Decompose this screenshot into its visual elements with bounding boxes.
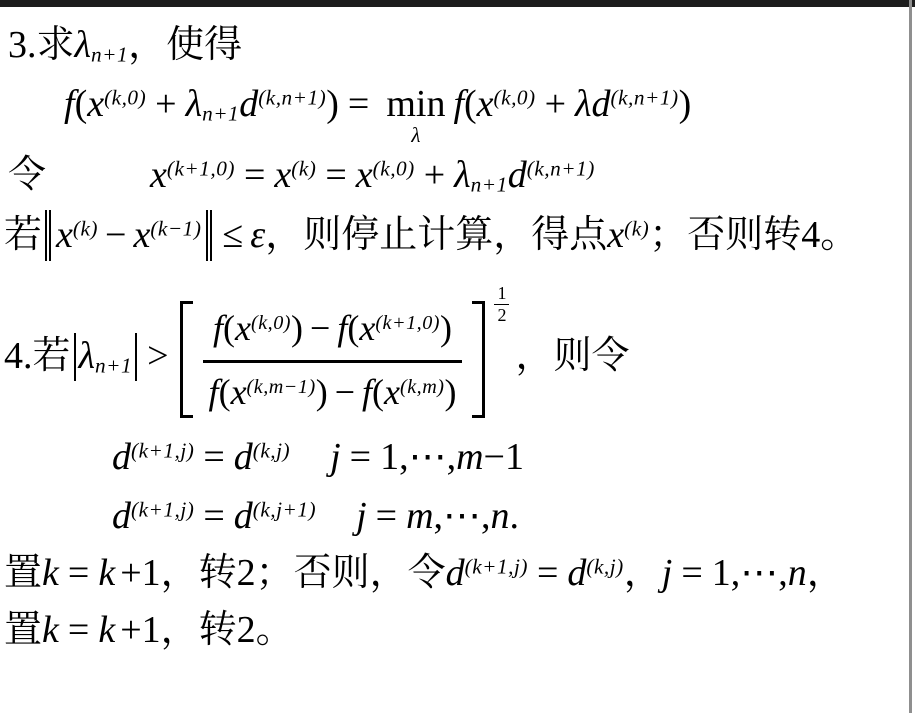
- var-k: k: [42, 552, 59, 594]
- min-operator: minλ: [386, 85, 445, 146]
- comma-zh: ，: [624, 552, 662, 594]
- text-zh: 令: [8, 154, 46, 196]
- var-lambda: λ: [454, 154, 470, 196]
- var-d: d: [234, 495, 253, 537]
- var-lambda: λ: [75, 24, 91, 66]
- var-x: x: [356, 154, 373, 196]
- text-zh: ；否则转4。: [649, 214, 858, 256]
- paren-close: ): [444, 372, 456, 412]
- superscript: (k): [624, 216, 649, 240]
- var-x: x: [150, 154, 167, 196]
- var-epsilon: ε: [250, 214, 265, 256]
- op-equals: =: [59, 609, 98, 651]
- exponent-denominator: 2: [497, 305, 506, 326]
- var-k: k: [98, 609, 115, 651]
- op-greater: >: [140, 335, 175, 377]
- var-x: x: [56, 214, 73, 256]
- var-n: n: [788, 552, 807, 594]
- paren-open: (: [372, 372, 384, 412]
- paren-close: ): [679, 83, 692, 125]
- subscript: n+1: [202, 102, 239, 126]
- superscript: (k,m−1): [247, 376, 316, 398]
- var-f: f: [453, 83, 464, 125]
- op-equals: =: [316, 154, 355, 196]
- exponent-numerator: 1: [494, 283, 509, 305]
- text-zh: 置: [4, 552, 42, 594]
- index-sequence: 1,⋯,: [712, 552, 788, 594]
- var-m: m: [406, 495, 433, 537]
- step4-condition-line: 4.若λn+1>f(x(k,0))−f(x(k+1,0))f(x(k,m−1))…: [4, 301, 912, 418]
- text-zh: ，转2。: [161, 609, 294, 651]
- var-f: f: [337, 308, 347, 348]
- op-equals: =: [339, 83, 378, 125]
- index-sequence: 1,⋯,: [380, 436, 456, 478]
- superscript: (k,0): [104, 86, 146, 110]
- plus-one: +1: [115, 552, 160, 594]
- text-zh: ，转2；否则，令: [161, 552, 446, 594]
- superscript: (k,0): [494, 86, 536, 110]
- subscript: n+1: [95, 353, 132, 377]
- direction-shift-line: d(k+1,j)=d(k,j+1)j=m,⋯,n.: [112, 491, 912, 542]
- text-zh: ，则停止计算，得点: [265, 214, 607, 256]
- op-equals: =: [672, 552, 711, 594]
- var-f: f: [209, 372, 219, 412]
- text-zh: 4.若: [4, 335, 71, 377]
- var-d: d: [234, 436, 253, 478]
- direction-keep-line: d(k+1,j)=d(k,j)j=1,⋯,m−1: [112, 432, 912, 483]
- paren-close: ): [316, 372, 328, 412]
- var-lambda: λ: [186, 83, 202, 125]
- var-k: k: [42, 609, 59, 651]
- subscript: n+1: [91, 42, 128, 66]
- increment-goto-line: 置k=k+1，转2。: [4, 605, 912, 656]
- top-border: [0, 0, 915, 7]
- op-equals: =: [528, 552, 567, 594]
- op-plus: +: [536, 83, 575, 125]
- superscript: (k,j): [586, 554, 623, 578]
- min-subscript: λ: [411, 125, 420, 146]
- op-equals: =: [235, 154, 274, 196]
- paren-close: ): [440, 308, 452, 348]
- var-lambda: λ: [575, 83, 591, 125]
- op-equals: =: [367, 495, 406, 537]
- op-minus: −: [328, 372, 362, 412]
- step3-heading-line: 3.求λn+1，使得: [8, 20, 912, 71]
- op-minus: −: [98, 214, 133, 256]
- var-x: x: [359, 308, 375, 348]
- superscript: (k): [291, 157, 316, 181]
- bracketed-fraction: f(x(k,0))−f(x(k+1,0))f(x(k,m−1))−f(x(k,m…: [180, 301, 486, 418]
- var-j: j: [330, 436, 341, 478]
- stopping-criterion-line: 若x(k)−x(k−1)≤ε，则停止计算，得点x(k)；否则转4。: [4, 210, 912, 262]
- paren-open: (: [464, 83, 477, 125]
- var-d: d: [592, 83, 611, 125]
- var-d: d: [567, 552, 586, 594]
- var-d: d: [239, 83, 258, 125]
- var-x: x: [87, 83, 104, 125]
- var-x: x: [235, 308, 251, 348]
- exponent-half: 12: [494, 283, 509, 325]
- var-n: n: [491, 495, 510, 537]
- paren-open: (: [219, 372, 231, 412]
- paren-open: (: [223, 308, 235, 348]
- norm-group: x(k)−x(k−1): [45, 210, 212, 262]
- var-f: f: [213, 308, 223, 348]
- document-page: 3.求λn+1，使得 f(x(k,0)+λn+1d(k,n+1))=minλf(…: [0, 0, 915, 713]
- var-x: x: [274, 154, 291, 196]
- paren-close: ): [326, 83, 339, 125]
- superscript: (k+1,j): [131, 438, 194, 462]
- superscript: (k+1,j): [465, 554, 528, 578]
- subscript: n+1: [471, 172, 508, 196]
- superscript: (k,0): [251, 312, 291, 334]
- superscript: (k,n+1): [611, 86, 679, 110]
- period: .: [510, 495, 520, 537]
- op-leq: ≤: [215, 214, 250, 256]
- comma-zh: ，: [807, 552, 845, 594]
- superscript: (k+1,j): [131, 497, 194, 521]
- var-f: f: [64, 83, 75, 125]
- text-zh: 3.求: [8, 24, 75, 66]
- var-x: x: [384, 372, 400, 412]
- var-f: f: [362, 372, 372, 412]
- abs-group: λn+1: [74, 333, 138, 381]
- argmin-equation-line: f(x(k,0)+λn+1d(k,n+1))=minλf(x(k,0)+λd(k…: [64, 79, 912, 146]
- min-word: min: [386, 85, 445, 123]
- var-lambda: λ: [79, 335, 95, 377]
- denominator: f(x(k,m−1))−f(x(k,m)): [199, 363, 467, 418]
- paren-open: (: [347, 308, 359, 348]
- var-j: j: [662, 552, 673, 594]
- op-minus: −: [303, 308, 337, 348]
- numerator: f(x(k,0))−f(x(k+1,0)): [203, 301, 462, 363]
- index-sequence: ,⋯,: [434, 495, 491, 537]
- superscript: (k,j): [253, 438, 290, 462]
- var-m: m: [456, 436, 483, 478]
- superscript: (k,j+1): [253, 497, 316, 521]
- var-d: d: [446, 552, 465, 594]
- var-x: x: [133, 214, 150, 256]
- op-equals: =: [194, 495, 233, 537]
- bracket-left: [180, 301, 193, 418]
- text-zh: 若: [4, 214, 42, 256]
- op-plus: +: [415, 154, 454, 196]
- superscript: (k,n+1): [527, 157, 595, 181]
- op-equals: =: [194, 436, 233, 478]
- var-d: d: [112, 436, 131, 478]
- superscript: (k,m): [400, 376, 444, 398]
- op-equals: =: [341, 436, 380, 478]
- var-x: x: [477, 83, 494, 125]
- page-content: 3.求λn+1，使得 f(x(k,0)+λn+1d(k,n+1))=minλf(…: [0, 7, 912, 657]
- bracket-right: [472, 301, 485, 418]
- superscript: (k−1): [150, 216, 201, 240]
- var-d: d: [508, 154, 527, 196]
- var-x: x: [607, 214, 624, 256]
- text-zh: ，使得: [128, 24, 242, 66]
- var-j: j: [356, 495, 367, 537]
- superscript: (k,n+1): [258, 86, 326, 110]
- op-plus: +: [146, 83, 185, 125]
- superscript: (k+1,0): [167, 157, 235, 181]
- text-zh: 置: [4, 609, 42, 651]
- superscript: (k,0): [373, 157, 415, 181]
- superscript: (k+1,0): [375, 312, 440, 334]
- plus-one: +1: [115, 609, 160, 651]
- var-d: d: [112, 495, 131, 537]
- paren-open: (: [75, 83, 88, 125]
- text-zh: ，则令: [515, 335, 629, 377]
- var-k: k: [98, 552, 115, 594]
- paren-close: ): [291, 308, 303, 348]
- fraction: f(x(k,0))−f(x(k+1,0))f(x(k,m−1))−f(x(k,m…: [199, 301, 467, 418]
- minus-one: −1: [484, 436, 524, 478]
- increment-else-line: 置k=k+1，转2；否则，令d(k+1,j)=d(k,j)，j=1,⋯,n，: [4, 548, 912, 599]
- superscript: (k): [73, 216, 98, 240]
- op-equals: =: [59, 552, 98, 594]
- var-x: x: [231, 372, 247, 412]
- update-point-line: 令x(k+1,0)=x(k)=x(k,0)+λn+1d(k,n+1): [8, 150, 912, 201]
